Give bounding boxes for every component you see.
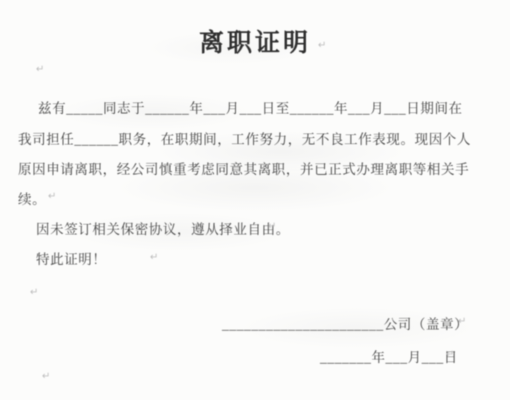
pilcrow-icon: ↵ <box>268 221 276 232</box>
pilcrow-icon: ↵ <box>30 287 38 298</box>
pilcrow-icon: ↵ <box>36 64 44 75</box>
pilcrow-icon: ↵ <box>150 252 158 263</box>
pilcrow-icon: ↵ <box>446 349 454 360</box>
document-scan: 离职证明 兹有_____同志于______年___月___日至______年__… <box>0 0 510 400</box>
body-paragraph: 因未签订相关保密协议，遵从择业自由。 <box>36 218 290 238</box>
body-paragraph: 特此证明！ <box>36 248 107 268</box>
date-line: _______年___月___日 <box>320 346 458 366</box>
body-paragraph: 续。 <box>18 188 46 208</box>
company-seal-line: ______________________公司（盖章） <box>222 313 468 333</box>
resignation-certificate-page: 离职证明 兹有_____同志于______年___月___日至______年__… <box>0 0 510 400</box>
document-title: 离职证明 <box>0 23 510 59</box>
pilcrow-icon: ↵ <box>458 316 466 327</box>
company-seal-label: 公司（盖章） <box>384 317 469 332</box>
pilcrow-icon: ↵ <box>42 371 50 382</box>
pilcrow-icon: ↵ <box>48 191 56 202</box>
body-paragraph: 原因申请离职，经公司慎重考虑同意其离职，并已正式办理离职等相关手 <box>18 158 469 178</box>
body-paragraph: 兹有_____同志于______年___月___日至______年___月___… <box>38 97 463 117</box>
pilcrow-icon: ↵ <box>318 40 326 51</box>
body-paragraph: 我司担任______职务，在职期间，工作努力，无不良工作表现。现因个人 <box>18 128 471 148</box>
company-name-blank: ______________________ <box>222 317 384 332</box>
